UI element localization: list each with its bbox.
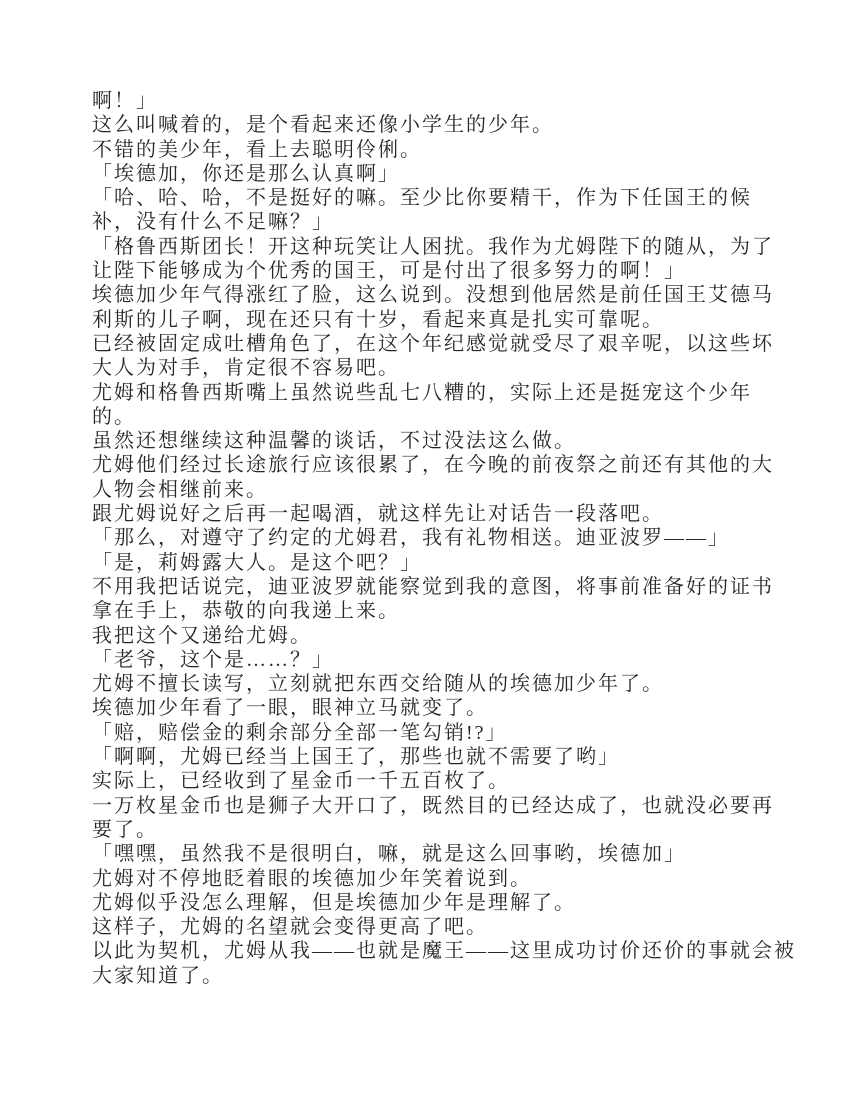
text-line: 「老爷，这个是……？」 bbox=[92, 648, 792, 672]
text-line: 的。 bbox=[92, 405, 792, 429]
text-line: 尤姆不擅长读写，立刻就把东西交给随从的埃德加少年了。 bbox=[92, 672, 792, 696]
text-line: 以此为契机，尤姆从我——也就是魔王——这里成功讨价还价的事就会被 bbox=[92, 939, 792, 963]
text-line: 让陛下能够成为个优秀的国王，可是付出了很多努力的啊！」 bbox=[92, 259, 792, 283]
text-line: 「赔，赔偿金的剩余部分全部一笔勾销!?」 bbox=[92, 721, 792, 745]
text-line: 我把这个又递给尤姆。 bbox=[92, 624, 792, 648]
text-line: 补，没有什么不足嘛？」 bbox=[92, 210, 792, 234]
text-line: 虽然还想继续这种温馨的谈话，不过没法这么做。 bbox=[92, 429, 792, 453]
text-line: 这么叫喊着的，是个看起来还像小学生的少年。 bbox=[92, 113, 792, 137]
text-line: 拿在手上，恭敬的向我递上来。 bbox=[92, 599, 792, 623]
text-line: 大家知道了。 bbox=[92, 964, 792, 988]
text-line: 「埃德加，你还是那么认真啊」 bbox=[92, 162, 792, 186]
text-line: 尤姆似乎没怎么理解，但是埃德加少年是理解了。 bbox=[92, 891, 792, 915]
text-line: 一万枚星金币也是狮子大开口了，既然目的已经达成了，也就没必要再 bbox=[92, 794, 792, 818]
text-line: 「嘿嘿，虽然我不是很明白，嘛，就是这么回事哟，埃德加」 bbox=[92, 842, 792, 866]
text-line: 不错的美少年，看上去聪明伶俐。 bbox=[92, 138, 792, 162]
text-line: 尤姆和格鲁西斯嘴上虽然说些乱七八糟的，实际上还是挺宠这个少年 bbox=[92, 381, 792, 405]
text-line: 埃德加少年看了一眼，眼神立马就变了。 bbox=[92, 696, 792, 720]
text-line: 实际上，已经收到了星金币一千五百枚了。 bbox=[92, 769, 792, 793]
text-line: 「那么，对遵守了约定的尤姆君，我有礼物相送。迪亚波罗——」 bbox=[92, 526, 792, 550]
reader-page: 啊！」这么叫喊着的，是个看起来还像小学生的少年。不错的美少年，看上去聪明伶俐。「… bbox=[0, 0, 850, 1100]
text-line: 已经被固定成吐槽角色了，在这个年纪感觉就受尽了艰辛呢，以这些坏 bbox=[92, 332, 792, 356]
text-line: 这样子，尤姆的名望就会变得更高了吧。 bbox=[92, 915, 792, 939]
text-line: 跟尤姆说好之后再一起喝酒，就这样先让对话告一段落吧。 bbox=[92, 502, 792, 526]
text-line: 要了。 bbox=[92, 818, 792, 842]
text-line: 人物会相继前来。 bbox=[92, 478, 792, 502]
text-line: 利斯的儿子啊，现在还只有十岁，看起来真是扎实可靠呢。 bbox=[92, 308, 792, 332]
text-line: 「啊啊，尤姆已经当上国王了，那些也就不需要了哟」 bbox=[92, 745, 792, 769]
text-line: 「哈、哈、哈，不是挺好的嘛。至少比你要精干，作为下任国王的候 bbox=[92, 186, 792, 210]
text-line: 埃德加少年气得涨红了脸，这么说到。没想到他居然是前任国王艾德马 bbox=[92, 283, 792, 307]
text-line: 大人为对手，肯定很不容易吧。 bbox=[92, 356, 792, 380]
text-line: 「格鲁西斯团长！开这种玩笑让人困扰。我作为尤姆陛下的随从，为了 bbox=[92, 235, 792, 259]
text-line: 「是，莉姆露大人。是这个吧？」 bbox=[92, 551, 792, 575]
text-line: 尤姆对不停地眨着眼的埃德加少年笑着说到。 bbox=[92, 867, 792, 891]
text-line: 啊！」 bbox=[92, 89, 792, 113]
text-line: 尤姆他们经过长途旅行应该很累了，在今晚的前夜祭之前还有其他的大 bbox=[92, 453, 792, 477]
text-line: 不用我把话说完，迪亚波罗就能察觉到我的意图，将事前准备好的证书 bbox=[92, 575, 792, 599]
novel-text-block: 啊！」这么叫喊着的，是个看起来还像小学生的少年。不错的美少年，看上去聪明伶俐。「… bbox=[92, 89, 792, 988]
